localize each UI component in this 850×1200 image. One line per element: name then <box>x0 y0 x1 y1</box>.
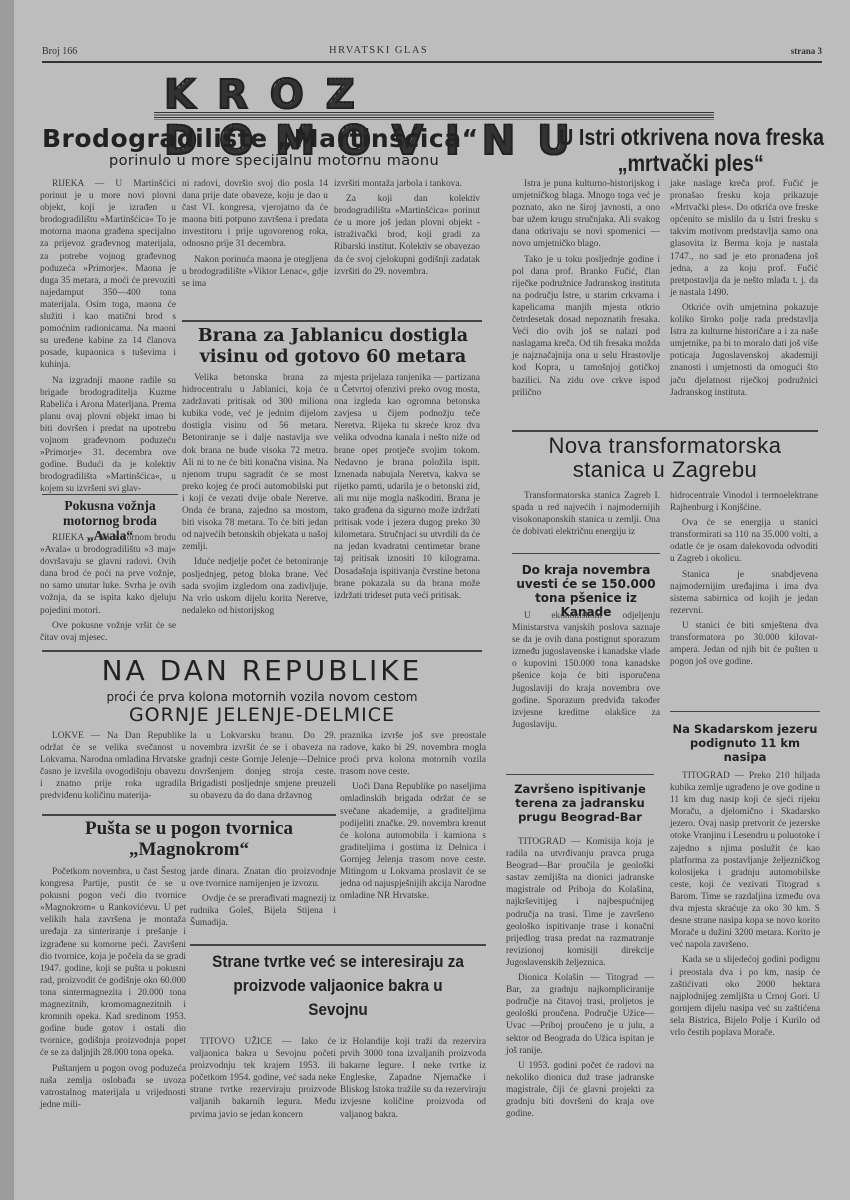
article-republika-col2: la u Lokvarsku branu. Do 29. novembra iz… <box>190 730 336 806</box>
headline-line: Pušta se u pogon tvornica <box>42 818 336 839</box>
paragraph: TITOGRAD — Komisija koja je radila na ut… <box>506 836 654 969</box>
article-jablanica-col1: Velika betonska brana za hidrocentralu u… <box>182 372 328 620</box>
page-left-edge <box>0 0 14 1200</box>
article-freska-col1: Istra je puna kulturno-historijskog i um… <box>512 178 660 402</box>
paragraph: RIJEKA — Na motornom brodu »Avala« u bro… <box>40 532 176 617</box>
paragraph: TITOVO UŽICE — Iako će valjaonica bakra … <box>190 1036 336 1121</box>
paragraph: Na izgradnji maone radile su brigade bro… <box>40 375 176 496</box>
paragraph: Uoči Dana Republike po naseljima omladin… <box>340 781 486 902</box>
headline-line: „Magnokrom“ <box>42 839 336 860</box>
paragraph: Transformatorska stanica Zagreb I. spada… <box>512 490 660 538</box>
headline-jablanica: Brana za Jablanicu dostigla visinu od go… <box>182 326 484 368</box>
paragraph: Kada se u slijedećoj godini podignu i pr… <box>670 954 820 1039</box>
article-jablanica-col2: mjesta prijelaza ranjenika — partizana u… <box>334 372 480 605</box>
paragraph: Ovdje će se prerađivati magnezij iz rudn… <box>190 893 336 929</box>
paragraph: Početkom novembra, u čast Šestog kongres… <box>40 866 186 1060</box>
paragraph: Dionica Kolašin — Titograd — Bar, za gra… <box>506 972 654 1057</box>
headline-republika: NA DAN REPUBLIKE <box>42 654 482 688</box>
paragraph: U ekonomskom odjeljenju Ministarstva van… <box>512 610 660 731</box>
paragraph: Za koji dan kolektiv brodogradilišta »Ma… <box>334 193 480 278</box>
divider <box>512 553 660 554</box>
paragraph: U 1953. godini počet će radovi na nekoli… <box>506 1060 654 1120</box>
divider <box>42 814 336 816</box>
paragraph: hidrocentrale Vinodol i termoelektrane R… <box>670 490 818 514</box>
divider <box>190 944 486 946</box>
article-sevojno-col2: iz Holandije koji traži da rezervira prv… <box>340 1036 486 1124</box>
article-magnokrom-col1: Početkom novembra, u čast Šestog kongres… <box>40 866 186 1114</box>
paragraph: Otkriće ovih umjetnina pokazuje koliko š… <box>670 302 818 399</box>
headline-pruga: Završeno ispitivanje terena za jadransku… <box>504 782 656 824</box>
page-number: strana 3 <box>791 46 822 56</box>
header-rule <box>42 61 822 63</box>
paragraph: RIJEKA — U Martinšćici porinut je u more… <box>40 178 176 372</box>
article-skadar: TITOGRAD — Preko 210 hiljada kubika zeml… <box>670 770 820 1042</box>
article-freska-col2: jake naslage kreča prof. Fučić je pronaš… <box>670 178 818 402</box>
divider <box>42 650 482 652</box>
headline-martinscica: Brodogradilište „Martinšćica“ <box>42 124 479 153</box>
paragraph: praznika izvrše još sve preostale radove… <box>340 730 486 778</box>
paragraph: Iduće nedjelje počet će betoniranje posl… <box>182 556 328 616</box>
article-republika-col3: praznika izvrše još sve preostale radove… <box>340 730 486 905</box>
divider <box>512 430 818 432</box>
article-avala: RIJEKA — Na motornom brodu »Avala« u bro… <box>40 532 176 647</box>
article-martinscica-col2: ni radovi, dovršio svoj dio posla 14 dan… <box>182 178 328 293</box>
paragraph: Istra je puna kulturno-historijskog i um… <box>512 178 660 251</box>
subhead-martinscica: porinulo u more specijalnu motornu maonu <box>109 153 439 169</box>
paragraph: la u Lokvarsku branu. Do 29. novembra iz… <box>190 730 336 803</box>
headline-magnokrom: Pušta se u pogon tvornica „Magnokrom“ <box>42 818 336 860</box>
headline-trafostanica: Nova transformatorska stanica u Zagrebu <box>510 434 820 482</box>
article-trafostanica-col1: Transformatorska stanica Zagreb I. spada… <box>512 490 660 541</box>
paragraph: Ova će se energija u stanici transformir… <box>670 517 818 565</box>
paragraph: Stanica je snabdjevena najmodernijim ure… <box>670 569 818 617</box>
headline-line: U Istri otkrivena nova freska <box>532 124 824 150</box>
paragraph: U stanici će biti smještena dva transfor… <box>670 620 818 668</box>
article-martinscica-col1: RIJEKA — U Martinšćici porinut je u more… <box>40 178 176 498</box>
headline-line: „mrtvački ples“ <box>532 150 824 176</box>
headline-sevojno: Strane tvrtke već se interesiraju za pro… <box>205 950 471 1022</box>
headline-freska: U Istri otkrivena nova freska „mrtvački … <box>532 124 824 176</box>
paragraph: Ove pokusne vožnje vršit će se čitav ova… <box>40 620 176 644</box>
paragraph: Nakon porinuća maona je otegljena u brod… <box>182 254 328 290</box>
section-title-underline <box>154 112 714 120</box>
article-pruga: TITOGRAD — Komisija koja je radila na ut… <box>506 836 654 1123</box>
article-republika-col1: LOKVE — Na Dan Republike održat će se ve… <box>40 730 186 806</box>
paragraph: Velika betonska brana za hidrocentralu u… <box>182 372 328 553</box>
newspaper-page: Broj 166 HRVATSKI GLAS strana 3 KROZ DOM… <box>14 0 850 1200</box>
paragraph: izvršiti montaža jarbola i tankova. <box>334 178 480 190</box>
paragraph: jarde dinara. Znatan dio proizvodnje ove… <box>190 866 336 890</box>
paragraph: jake naslage kreča prof. Fučić je pronaš… <box>670 178 818 299</box>
article-magnokrom-col2: jarde dinara. Znatan dio proizvodnje ove… <box>190 866 336 932</box>
issue-number: Broj 166 <box>42 46 77 57</box>
article-psenica: U ekonomskom odjeljenju Ministarstva van… <box>512 610 660 734</box>
headline-skadar: Na Skadarskom jezeru podignuto 11 km nas… <box>668 722 822 764</box>
newspaper-name: HRVATSKI GLAS <box>329 45 428 56</box>
paragraph: LOKVE — Na Dan Republike održat će se ve… <box>40 730 186 803</box>
divider <box>506 774 654 775</box>
paragraph: TITOGRAD — Preko 210 hiljada kubika zeml… <box>670 770 820 951</box>
article-sevojno-col1: TITOVO UŽICE — Iako će valjaonica bakra … <box>190 1036 336 1124</box>
article-martinscica-col3: izvršiti montaža jarbola i tankova. Za k… <box>334 178 480 281</box>
article-trafostanica-col2: hidrocentrale Vinodol i termoelektrane R… <box>670 490 818 671</box>
paragraph: iz Holandije koji traži da rezervira prv… <box>340 1036 486 1121</box>
paragraph: Puštanjem u pogon ovog poduzeća naša zem… <box>40 1063 186 1111</box>
divider <box>42 494 178 495</box>
subhead-republika: proći će prva kolona motornih vozila nov… <box>42 690 482 704</box>
paragraph: ni radovi, dovršio svoj dio posla 14 dan… <box>182 178 328 251</box>
paragraph: Tako je u toku posljednje godine i pol d… <box>512 254 660 399</box>
divider <box>182 320 482 322</box>
divider <box>670 711 820 712</box>
paragraph: mjesta prijelaza ranjenika — partizana u… <box>334 372 480 602</box>
headline-republika-route: GORNJE JELENJE-DELMICE <box>42 704 482 726</box>
